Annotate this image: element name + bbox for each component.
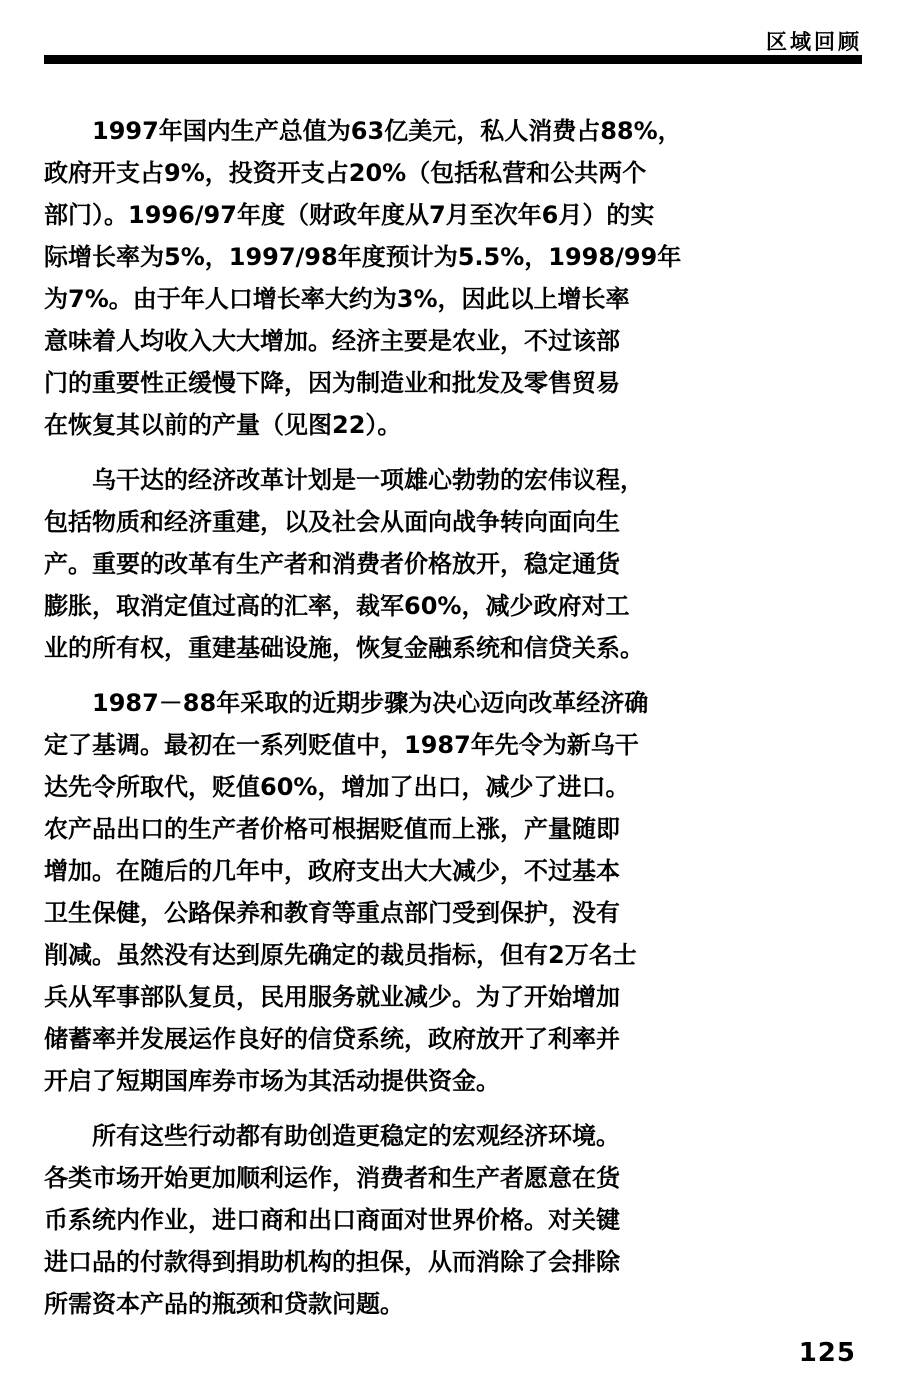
text-line: 1987－88年采取的近期步骤为决心迈向改革经济确 [44,682,598,724]
text-line: 业的所有权，重建基础设施，恢复金融系统和信贷关系。 [44,627,598,669]
text-line: 卫生保健，公路保养和教育等重点部门受到保护，没有 [44,892,598,934]
text-line: 各类市场开始更加顺利运作，消费者和生产者愿意在货 [44,1157,598,1199]
text-line: 储蓄率并发展运作良好的信贷系统，政府放开了利率并 [44,1018,598,1060]
page-number: 125 [799,1338,856,1368]
text-line: 增加。在随后的几年中，政府支出大大减少，不过基本 [44,850,598,892]
text-line: 兵从军事部队复员，民用服务就业减少。为了开始增加 [44,976,598,1018]
paragraph-gdp-overview: 1997年国内生产总值为63亿美元，私人消费占88%， 政府开支占9%，投资开支… [44,110,598,446]
text-line: 乌干达的经济改革计划是一项雄心勃勃的宏伟议程， [44,459,598,501]
body-text: 1997年国内生产总值为63亿美元，私人消费占88%， 政府开支占9%，投资开支… [44,110,598,1325]
paragraph-reform-program: 乌干达的经济改革计划是一项雄心勃勃的宏伟议程， 包括物质和经济重建，以及社会从面… [44,459,598,669]
text-line: 门的重要性正缓慢下降，因为制造业和批发及零售贸易 [44,362,598,404]
text-line: 意味着人均收入大大增加。经济主要是农业，不过该部 [44,320,598,362]
text-line: 部门）。1996/97年度（财政年度从7月至次年6月）的实 [44,194,598,236]
text-line: 币系统内作业，进口商和出口商面对世界价格。对关键 [44,1199,598,1241]
text-line: 开启了短期国库券市场为其活动提供资金。 [44,1060,598,1102]
paragraph-1987-88-steps: 1987－88年采取的近期步骤为决心迈向改革经济确 定了基调。最初在一系列贬值中… [44,682,598,1102]
text-line: 包括物质和经济重建，以及社会从面向战争转向面向生 [44,501,598,543]
text-line: 为7%。由于年人口增长率大约为3%，因此以上增长率 [44,278,598,320]
text-line: 在恢复其以前的产量（见图22）。 [44,404,598,446]
document-page: 区域回顾 1997年国内生产总值为63亿美元，私人消费占88%， 政府开支占9%… [0,0,900,1400]
text-line: 所需资本产品的瓶颈和贷款问题。 [44,1283,598,1325]
text-line: 进口品的付款得到捐助机构的担保，从而消除了会排除 [44,1241,598,1283]
paragraph-macro-environment: 所有这些行动都有助创造更稳定的宏观经济环境。 各类市场开始更加顺利运作，消费者和… [44,1115,598,1325]
text-line: 农产品出口的生产者价格可根据贬值而上涨，产量随即 [44,808,598,850]
text-line: 削减。虽然没有达到原先确定的裁员指标，但有2万名士 [44,934,598,976]
running-header-title: 区域回顾 [766,26,862,56]
text-line: 际增长率为5%，1997/98年度预计为5.5%，1998/99年 [44,236,598,278]
text-line: 定了基调。最初在一系列贬值中，1987年先令为新乌干 [44,724,598,766]
text-line: 产。重要的改革有生产者和消费者价格放开，稳定通货 [44,543,598,585]
text-line: 政府开支占9%，投资开支占20%（包括私营和公共两个 [44,152,598,194]
text-line: 膨胀，取消定值过高的汇率，裁军60%，减少政府对工 [44,585,598,627]
text-line: 达先令所取代，贬值60%，增加了出口，减少了进口。 [44,766,598,808]
header-rule [44,55,862,64]
text-line: 1997年国内生产总值为63亿美元，私人消费占88%， [44,110,598,152]
text-line: 所有这些行动都有助创造更稳定的宏观经济环境。 [44,1115,598,1157]
